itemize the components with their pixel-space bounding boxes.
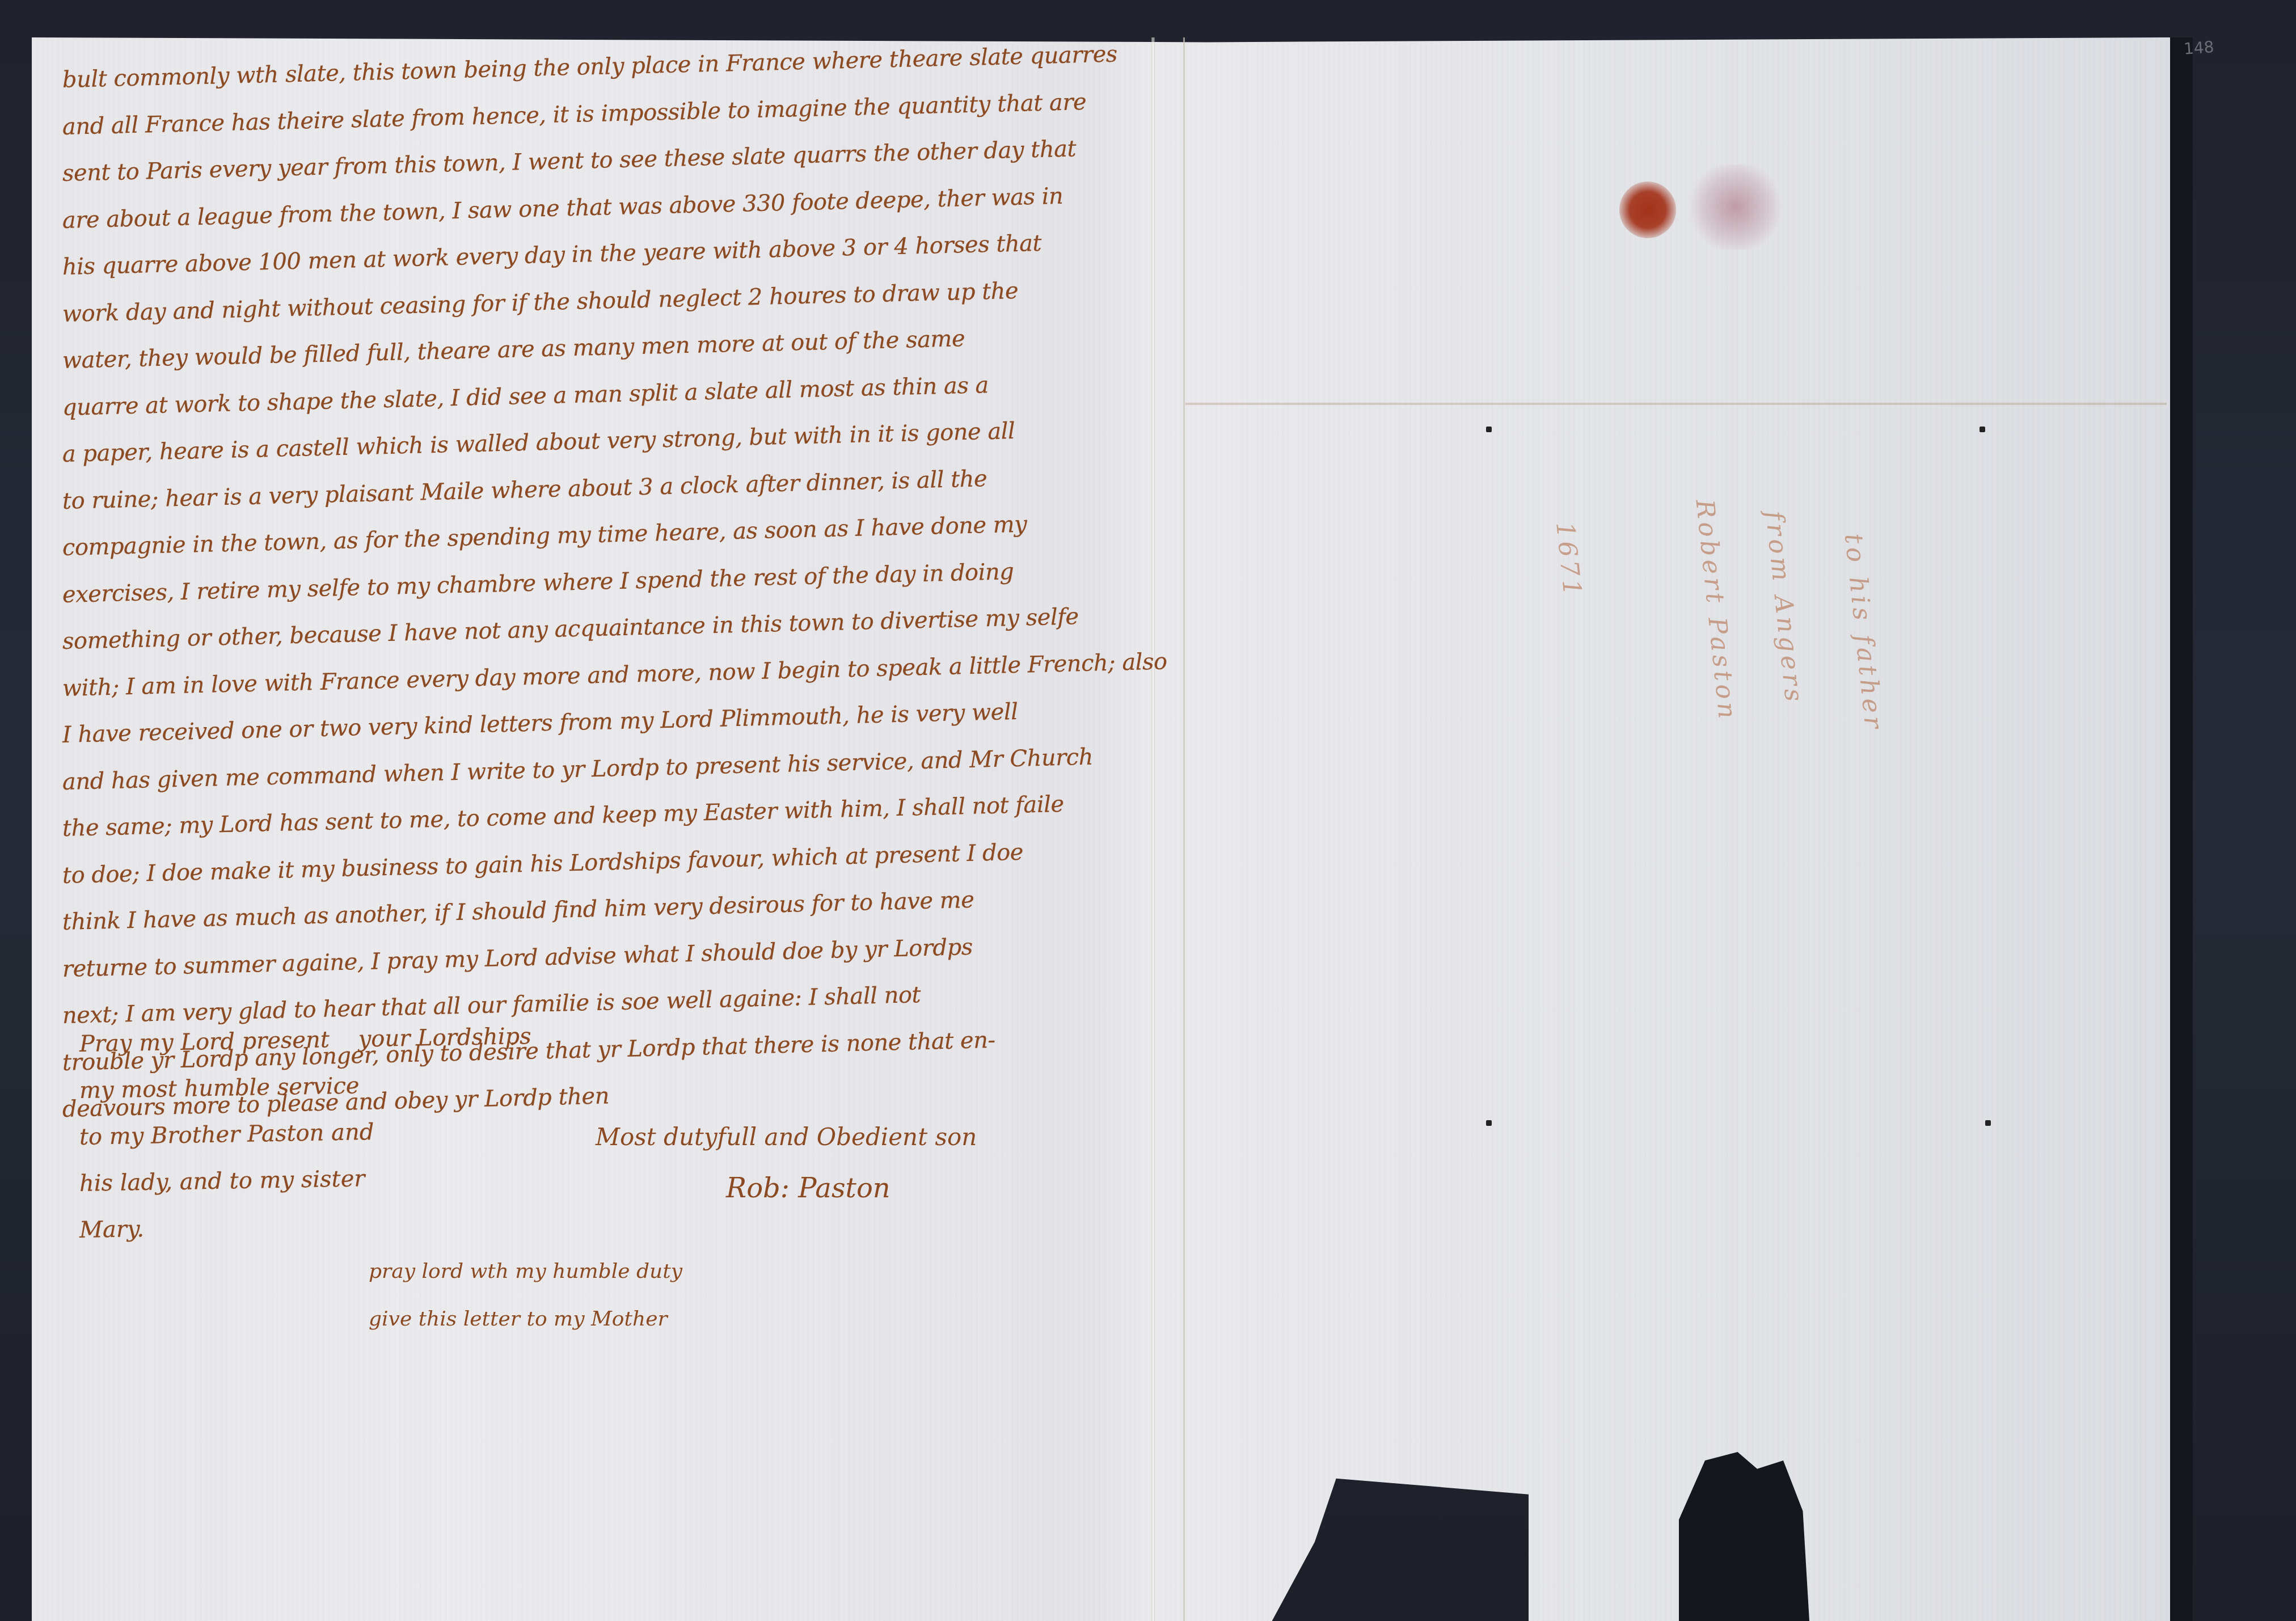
postscript-line: give this letter to my Mother — [369, 1295, 682, 1343]
salutation: your Lordships — [358, 1023, 531, 1052]
valediction-block: Most dutyfull and Obedient son Rob: Past… — [596, 1112, 977, 1214]
wax-seal-stain — [1619, 181, 1676, 238]
signature: Rob: Paston — [726, 1163, 977, 1214]
closing-line: Mary. — [79, 1199, 531, 1253]
closing-line: Pray my Lord present your Lordships — [79, 1013, 531, 1067]
valediction: Most dutyfull and Obedient son — [596, 1112, 977, 1163]
folio-number: 148 — [2183, 37, 2215, 58]
letter-body: bult commonly wth slate, this town being… — [62, 57, 1140, 1133]
faint-endorsement: 1671 Robert Paston from Angers to his fa… — [1531, 499, 2042, 1151]
horizontal-fold-line — [1185, 403, 2167, 405]
pin-hole — [1980, 427, 1985, 432]
postscript-line: pray lord wth my humble duty — [369, 1248, 682, 1295]
endorsement-line: to his father — [1839, 532, 1888, 733]
postscript: pray lord wth my humble duty give this l… — [369, 1248, 682, 1343]
closing-line: my most humble service — [79, 1059, 531, 1114]
pin-hole — [1486, 427, 1492, 432]
closing-text: Pray my Lord present — [79, 1027, 330, 1057]
endorsement-line: 1671 — [1550, 521, 1587, 601]
closing-remembrances: Pray my Lord present your Lordships my m… — [79, 1021, 531, 1253]
gutter-fold — [1151, 37, 1155, 1621]
closing-line: to my Brother Paston and — [79, 1106, 531, 1160]
binding-edge — [2170, 37, 2193, 1621]
endorsement-line: from Angers — [1759, 509, 1809, 706]
endorsement-line: Robert Paston — [1690, 498, 1742, 723]
pin-hole — [1985, 1120, 1991, 1126]
closing-line: his lady, and to my sister — [79, 1153, 531, 1207]
seal-offset-stain — [1690, 164, 1781, 250]
pin-hole — [1486, 1120, 1492, 1126]
center-fold-line — [1183, 37, 1185, 1621]
